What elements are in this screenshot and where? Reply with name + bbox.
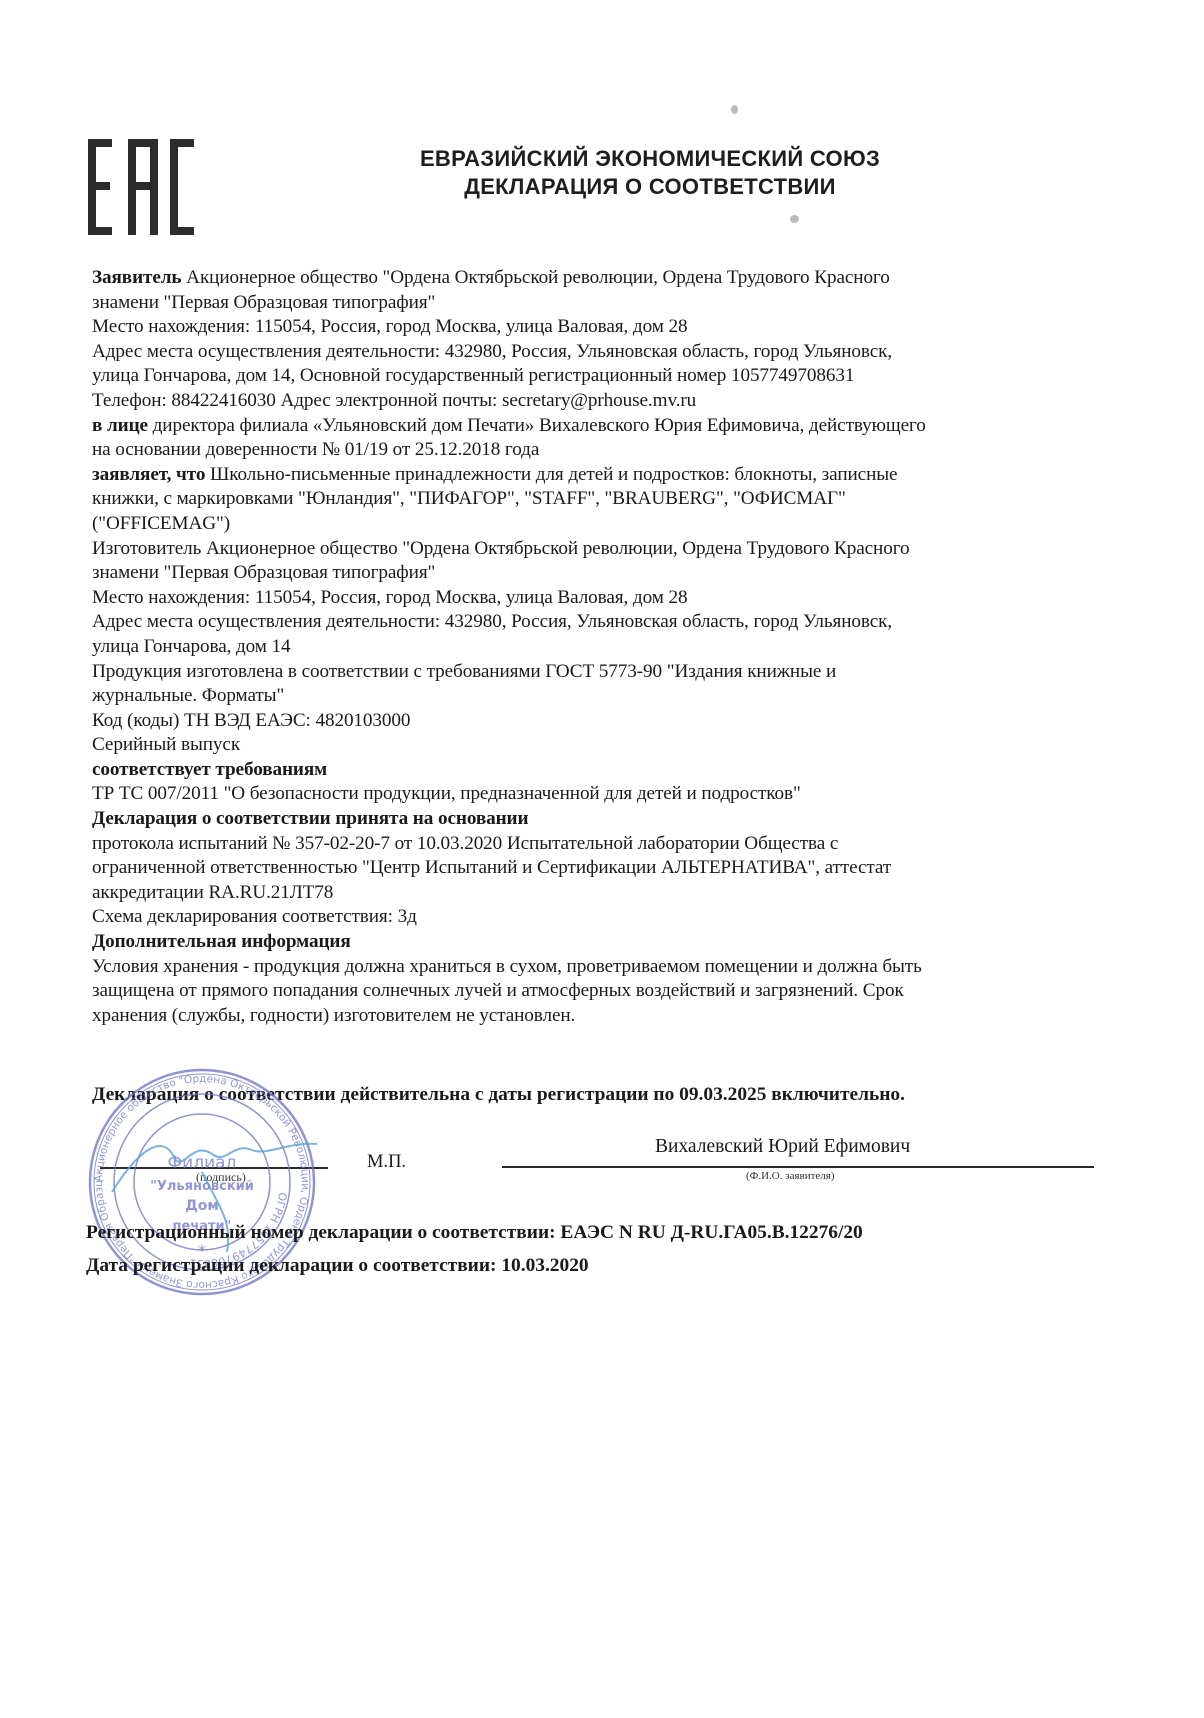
union-title: ЕВРАЗИЙСКИЙ ЭКОНОМИЧЕСКИЙ СОЮЗ [360, 146, 940, 172]
additional-heading: Дополнительная информация [92, 930, 1092, 955]
represented-by-line: в лице директора филиала «Ульяновский до… [92, 414, 1092, 439]
basis-heading: Декларация о соответствии принята на осн… [92, 807, 1092, 832]
scan-speck [731, 105, 738, 114]
applicant-location: Место нахождения: 115054, Россия, город … [92, 315, 1092, 340]
declares-line: заявляет, что Школьно-письменные принадл… [92, 463, 1092, 488]
name-caption: (Ф.И.О. заявителя) [746, 1170, 835, 1182]
represented-by-cont: на основании доверенности № 01/19 от 25.… [92, 438, 1092, 463]
represented-by-label: в лице [92, 415, 148, 436]
manufacturer-activity-address-cont: улица Гончарова, дом 14 [92, 635, 1092, 660]
signature-line [100, 1167, 328, 1169]
manufacturer-line: Изготовитель Акционерное общество "Орден… [92, 537, 1092, 562]
signature-caption: (подпись) [196, 1170, 246, 1185]
svg-text:Дом: Дом [185, 1198, 219, 1214]
production-type: Серийный выпуск [92, 733, 1092, 758]
registration-number: Регистрационный номер декларации о соотв… [86, 1222, 863, 1244]
scan-speck [790, 215, 799, 223]
validity-statement: Декларация о соответствии действительна … [92, 1084, 905, 1106]
additional-text: Условия хранения - продукция должна хран… [92, 955, 1092, 980]
applicant-label: Заявитель [92, 267, 181, 288]
basis-text: ограниченной ответственностью "Центр Исп… [92, 856, 1092, 881]
manufacturer-line-cont: знамени "Первая Образцовая типография" [92, 561, 1092, 586]
tn-ved-code: Код (коды) ТН ВЭД ЕАЭС: 4820103000 [92, 709, 1092, 734]
declares-label: заявляет, что [92, 464, 205, 485]
declaration-page: ЕВРАЗИЙСКИЙ ЭКОНОМИЧЕСКИЙ СОЮЗ ДЕКЛАРАЦИ… [0, 0, 1204, 1718]
basis-text: протокола испытаний № 357-02-20-7 от 10.… [92, 832, 1092, 857]
name-line [502, 1166, 1094, 1168]
declares-cont: ("OFFICEMAG") [92, 512, 1092, 537]
applicant-contacts: Телефон: 88422416030 Адрес электронной п… [92, 389, 1092, 414]
conformity-regulation: ТР ТС 007/2011 "О безопасности продукции… [92, 782, 1092, 807]
manufacturer-location: Место нахождения: 115054, Россия, город … [92, 586, 1092, 611]
declares-cont: книжки, с маркировками "Юнландия", "ПИФА… [92, 487, 1092, 512]
additional-text: хранения (службы, годности) изготовителе… [92, 1004, 1092, 1029]
product-standard: Продукция изготовлена в соответствии с т… [92, 660, 1092, 685]
applicant-activity-address: Адрес места осуществления деятельности: … [92, 340, 1092, 365]
manufacturer-activity-address: Адрес места осуществления деятельности: … [92, 610, 1092, 635]
eac-logo-icon [86, 137, 196, 237]
product-standard-cont: журнальные. Форматы" [92, 684, 1092, 709]
registration-date: Дата регистрации декларации о соответств… [86, 1255, 589, 1277]
conformity-heading: соответствует требованиям [92, 758, 1092, 783]
basis-text: аккредитации RA.RU.21ЛТ78 [92, 881, 1092, 906]
applicant-name-cont: знамени "Первая Образцовая типография" [92, 291, 1092, 316]
applicant-line: Заявитель Акционерное общество "Ордена О… [92, 266, 1092, 291]
document-title: ДЕКЛАРАЦИЯ О СООТВЕТСТВИИ [360, 174, 940, 200]
additional-text: защищена от прямого попадания солнечных … [92, 979, 1092, 1004]
applicant-name: Вихалевский Юрий Ефимович [655, 1136, 910, 1158]
declaration-scheme: Схема декларирования соответствия: 3д [92, 905, 1092, 930]
applicant-activity-address-cont: улица Гончарова, дом 14, Основной госуда… [92, 364, 1092, 389]
declaration-body: Заявитель Акционерное общество "Ордена О… [92, 266, 1092, 1028]
seal-label: М.П. [367, 1152, 406, 1173]
